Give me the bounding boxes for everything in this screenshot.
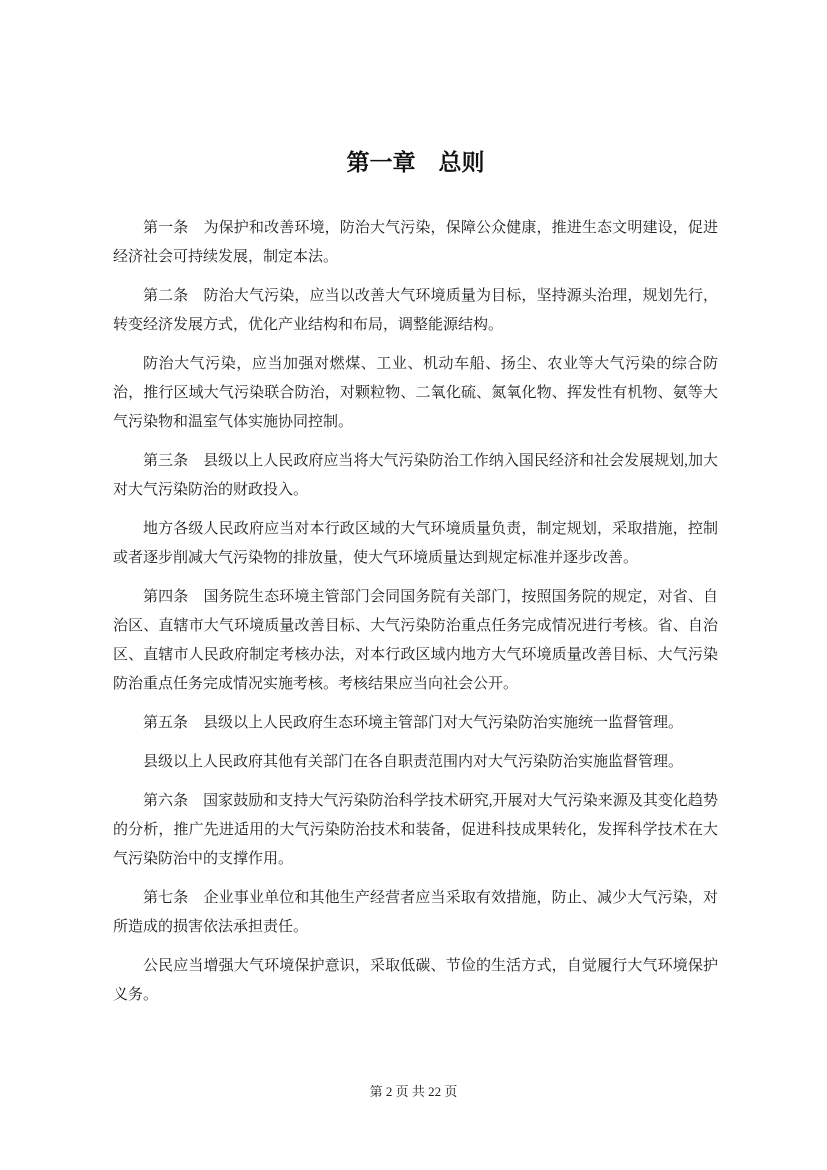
paragraph-article-2: 第二条 防治大气污染，应当以改善大气环境质量为目标，坚持源头治理，规划先行，转变… [113, 282, 718, 340]
chapter-title: 第一章 总则 [113, 146, 718, 178]
page-number-label: 第 2 页 共 22 页 [370, 1084, 458, 1099]
paragraph-article-1: 第一条 为保护和改善环境，防治大气污染，保障公众健康，推进生态文明建设，促进经济… [113, 214, 718, 272]
paragraph-article-4: 第四条 国务院生态环境主管部门会同国务院有关部门，按照国务院的规定，对省、自治区… [113, 583, 718, 699]
paragraph-article-7: 第七条 企业事业单位和其他生产经营者应当采取有效措施，防止、减少大气污染，对所造… [113, 884, 718, 942]
paragraph-article-5: 第五条 县级以上人民政府生态环境主管部门对大气污染防治实施统一监督管理。 [113, 709, 718, 738]
paragraph-article-5-continued: 县级以上人民政府其他有关部门在各自职责范围内对大气污染防治实施监督管理。 [113, 748, 718, 777]
document-content: 第一章 总则 第一条 为保护和改善环境，防治大气污染，保障公众健康，推进生态文明… [113, 146, 718, 1020]
paragraph-article-7-continued: 公民应当增强大气环境保护意识，采取低碳、节俭的生活方式，自觉履行大气环境保护义务… [113, 952, 718, 1010]
paragraph-article-3: 第三条 县级以上人民政府应当将大气污染防治工作纳入国民经济和社会发展规划,加大对… [113, 447, 718, 505]
page-footer: 第 2 页 共 22 页 [0, 1081, 827, 1100]
paragraph-article-6: 第六条 国家鼓励和支持大气污染防治科学技术研究,开展对大气污染来源及其变化趋势的… [113, 787, 718, 874]
paragraph-article-3-continued: 地方各级人民政府应当对本行政区域的大气环境质量负责，制定规划，采取措施，控制或者… [113, 515, 718, 573]
paragraph-article-2-continued: 防治大气污染，应当加强对燃煤、工业、机动车船、扬尘、农业等大气污染的综合防治，推… [113, 350, 718, 437]
document-page: 第一章 总则 第一条 为保护和改善环境，防治大气污染，保障公众健康，推进生态文明… [0, 0, 827, 1170]
